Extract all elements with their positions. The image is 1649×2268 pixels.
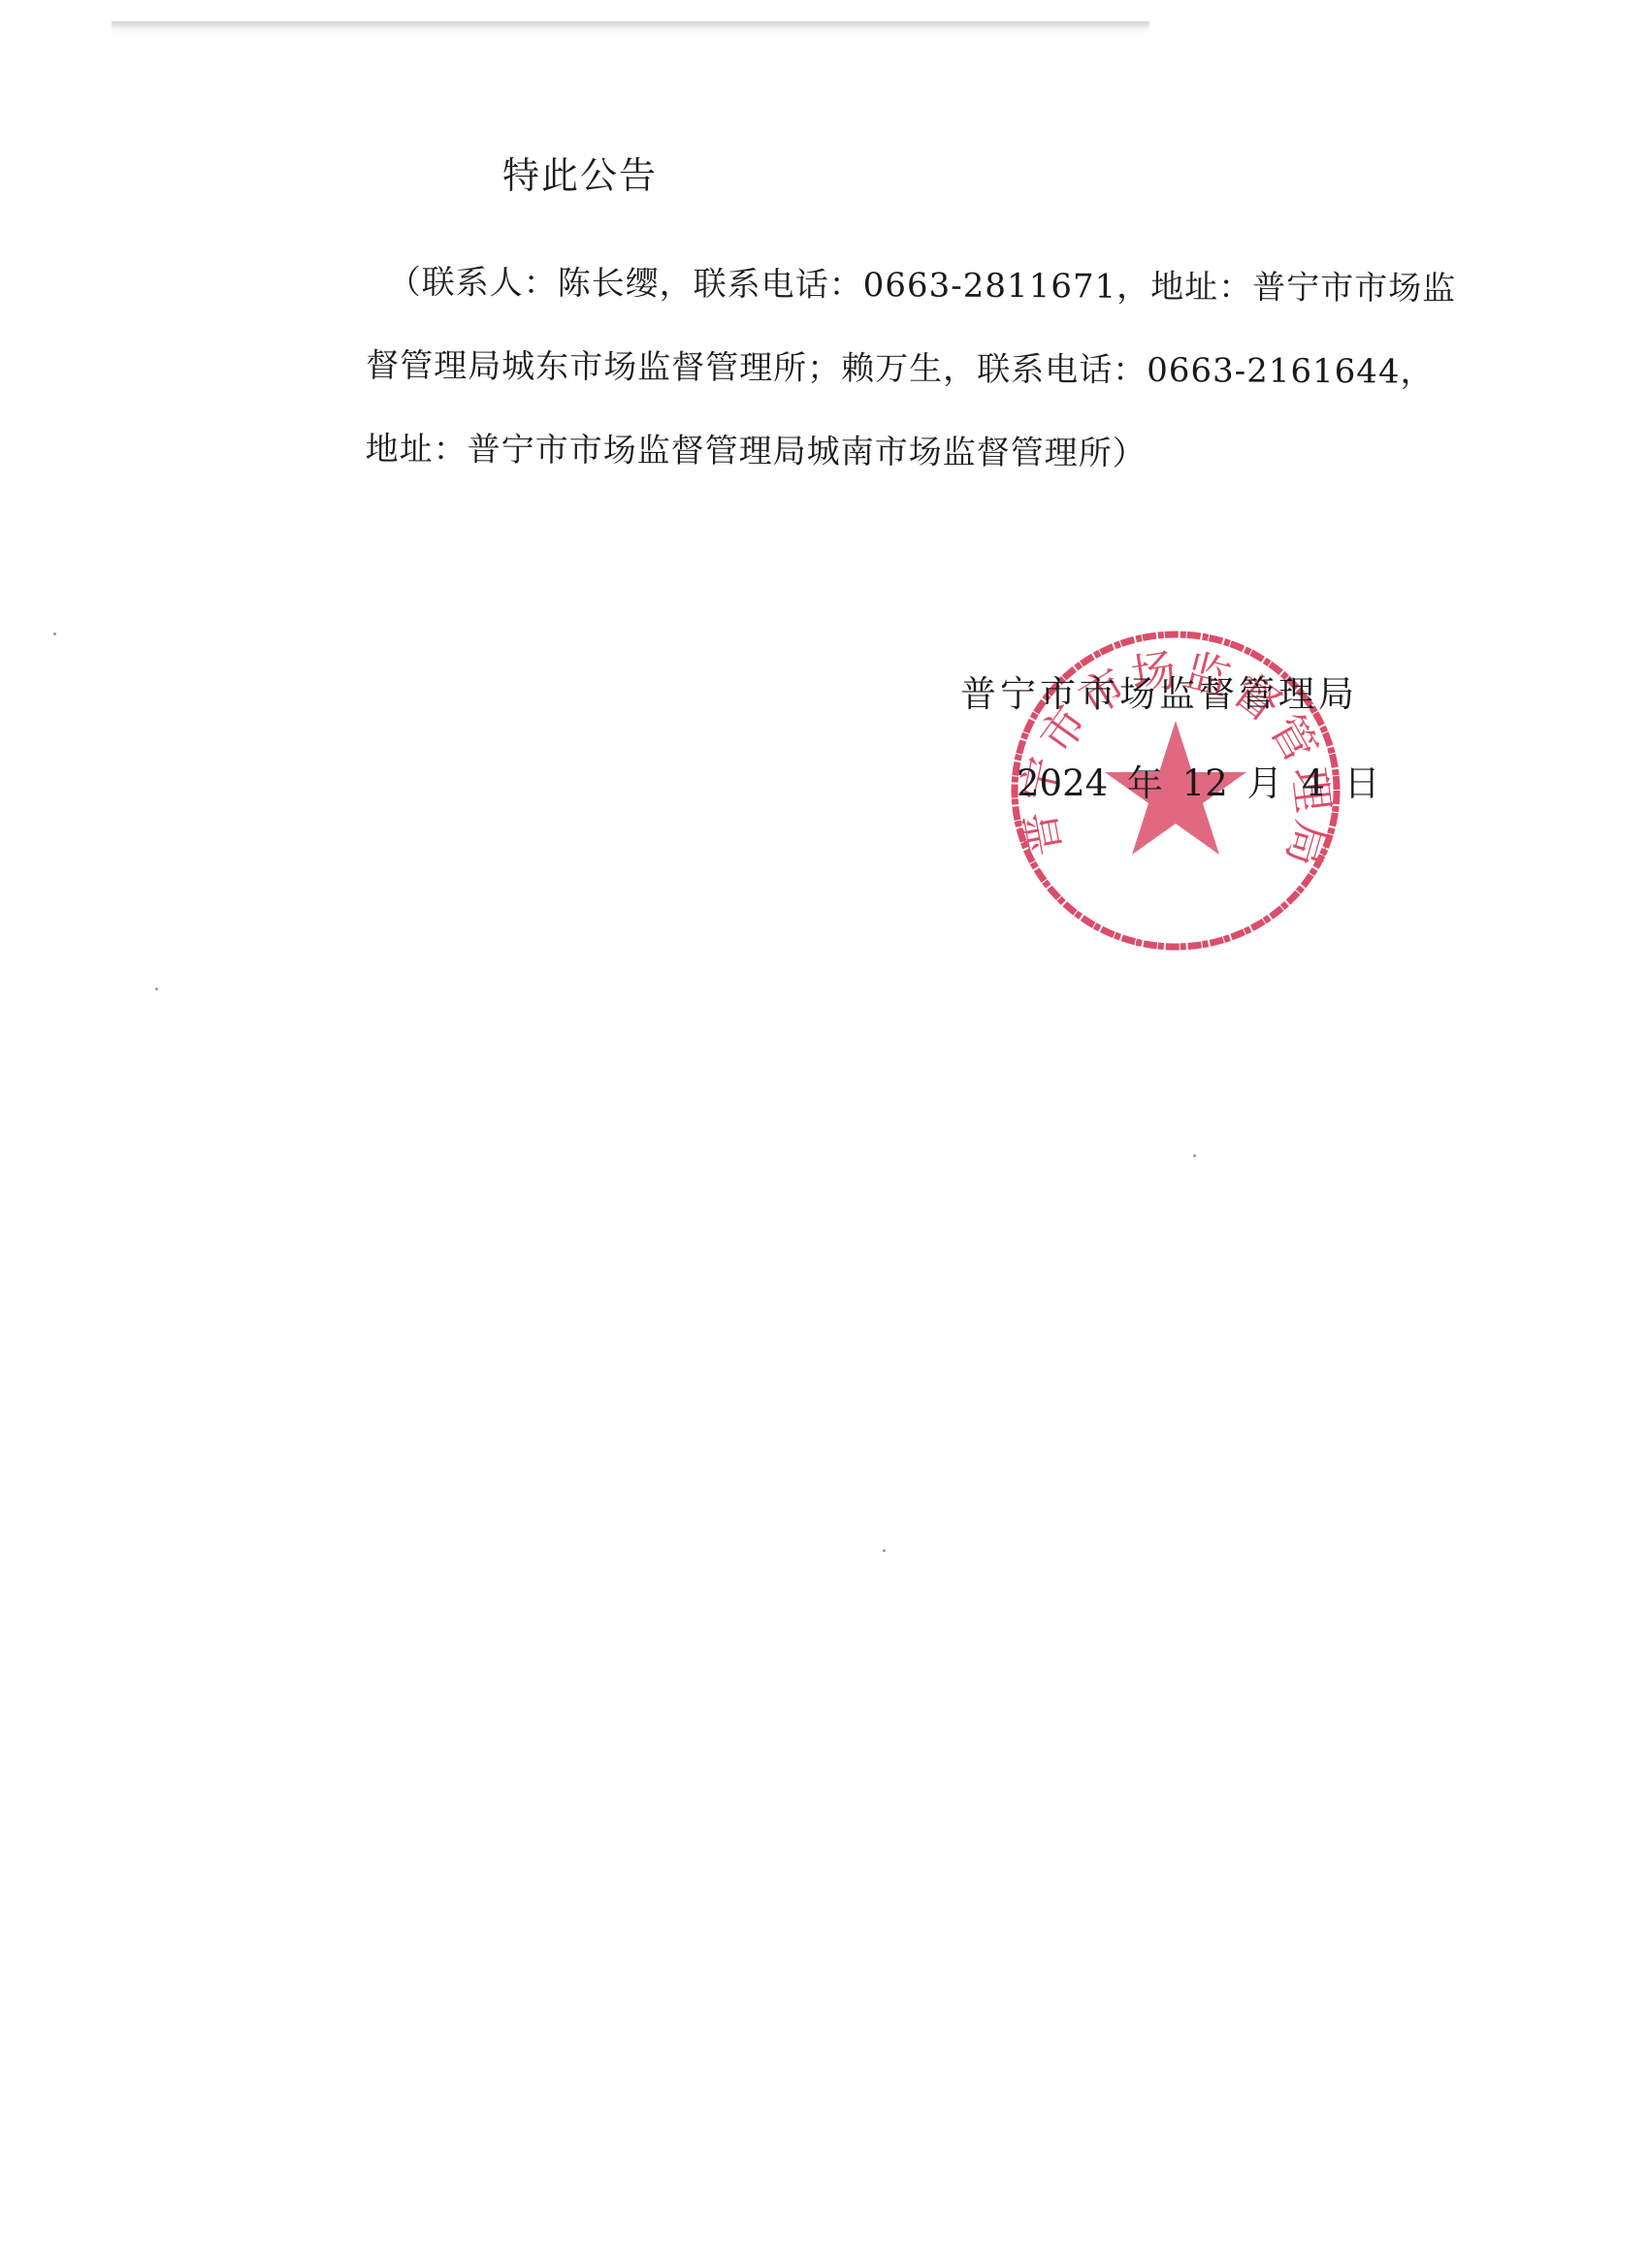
- scan-shadow-edge: [112, 21, 1149, 35]
- scan-speck: [53, 632, 56, 635]
- scan-speck: [883, 1549, 886, 1552]
- issue-date: 2024 年 12 月 4 日: [1017, 761, 1348, 807]
- contact-line: 地址：普宁市市场监督管理局城南市场监督管理所）: [365, 407, 1501, 498]
- issuing-agency: 普宁市市场监督管理局: [960, 671, 1348, 718]
- scan-speck: [1193, 1154, 1196, 1157]
- scan-speck: [155, 988, 158, 990]
- closing-statement: 特此公告: [502, 153, 658, 198]
- contact-info: （联系人：陈长缨，联系电话：0663-2811671，地址：普宁市市场监 督管理…: [365, 241, 1502, 498]
- contact-line: 督管理局城东市场监督管理所；赖万生，联系电话：0663-2161644，: [366, 324, 1502, 414]
- contact-line: （联系人：陈长缨，联系电话：0663-2811671，地址：普宁市市场监: [366, 241, 1502, 331]
- signature-block: 普宁市市场监督管理局 2024 年 12 月 4 日: [960, 671, 1348, 807]
